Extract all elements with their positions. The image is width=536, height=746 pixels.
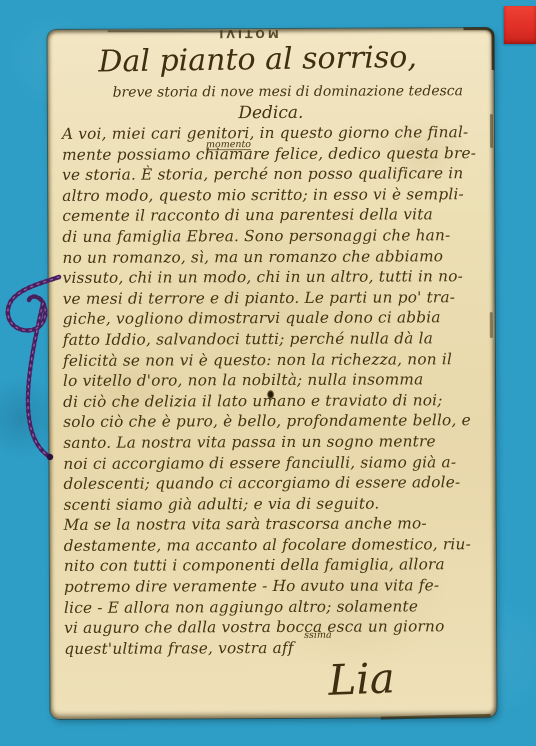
letter-line: mente possiamo chiamare felice, dedico q… (62, 143, 488, 165)
letter-title: Dal pianto al sorriso, (47, 39, 493, 81)
letter-line: cemente il racconto di una parentesi del… (62, 204, 488, 226)
letter-line: vissuto, chi in un modo, chi in un altro… (63, 266, 489, 288)
letter-subtitle: breve storia di nove mesi di dominazione… (48, 83, 494, 101)
letter-line: lice - E allora non aggiungo altro; sola… (64, 596, 490, 618)
letter-line: ve storia. È storia, perché non posso qu… (62, 163, 488, 185)
upside-down-stamp: MOTIVI (195, 27, 299, 40)
letter-line: giche, vogliono dimostrarvi quale dono c… (63, 307, 489, 329)
aff-superscript: ssima (304, 630, 332, 641)
letter-line: lo vitello d'oro, non la nobiltà; nulla … (63, 369, 489, 391)
letter-page: MOTIVI Dal pianto al sorriso, breve stor… (47, 28, 496, 719)
letter-line: potremo dire veramente - Ho avuto una vi… (64, 575, 490, 597)
letter-line: ve mesi di terrore e di pianto. Le parti… (63, 287, 489, 309)
ink-blot (267, 390, 274, 399)
page-bottom-mark (380, 700, 490, 720)
letter-line: solo ciò che è puro, è bello, profondame… (63, 410, 489, 432)
page-edge-mark (490, 312, 493, 338)
letter-line: altro modo, questo mio scritto; in esso … (62, 184, 488, 206)
letter-line: santo. La nostra vita passa in un sogno … (63, 431, 489, 453)
letter-body: A voi, miei cari genitori, in questo gio… (62, 122, 490, 659)
letter-line: felicità se non vi è questo: non la rich… (63, 349, 489, 371)
letter-line: nito con tutti i componenti della famigl… (64, 555, 490, 577)
signature: Lia (327, 653, 395, 705)
letter-line: di ciò che delizia il lato umano e travi… (63, 390, 489, 412)
letter-line: fatto Iddio, salvandoci tutti; perché nu… (63, 328, 489, 350)
letter-line: destamente, ma accanto al focolare domes… (64, 534, 490, 556)
letter-line: quest'ultima frase, vostra aff (64, 637, 490, 659)
price-tag (504, 6, 536, 44)
letter-line: Ma se la nostra vita sarà trascorsa anch… (64, 513, 490, 535)
letter-line: no un romanzo, sì, ma un romanzo che abb… (62, 246, 488, 268)
letter-line: A voi, miei cari genitori, in questo gio… (62, 122, 488, 144)
letter-line: di una famiglia Ebrea. Sono personaggi c… (62, 225, 488, 247)
letter-line: noi ci accorgiamo di essere fanciulli, s… (63, 452, 489, 474)
letter-line: dolescenti; quando ci accorgiamo di esse… (63, 472, 489, 494)
letter-line: scenti siamo già adulti; e via di seguit… (64, 493, 490, 515)
letter-heading: Dedica. (48, 102, 494, 124)
letter-line: vi auguro che dalla vostra bocca esca un… (64, 616, 490, 638)
